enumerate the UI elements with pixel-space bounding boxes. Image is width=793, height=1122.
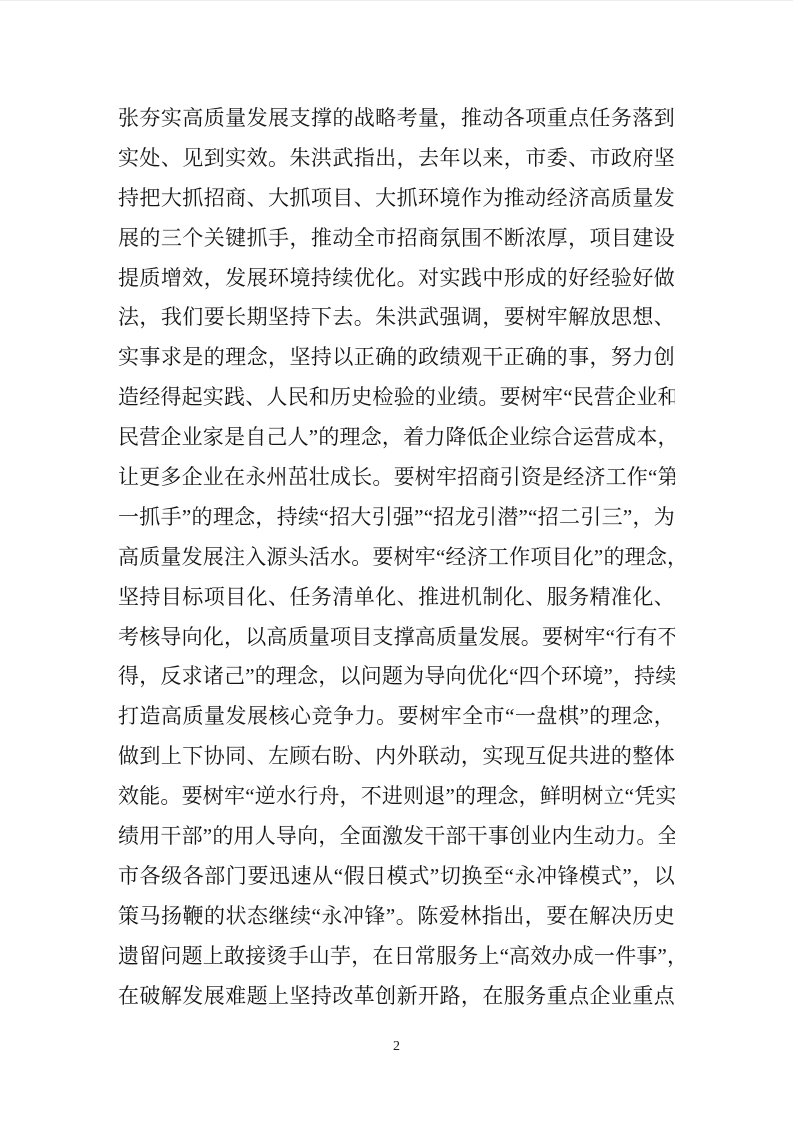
document-page: 张夯实高质量发展支撑的战略考量，推动各项重点任务落到 实处、见到实效。朱洪武指出…	[0, 1, 793, 1122]
page-number: 2	[393, 1039, 400, 1054]
text-line: 绩用干部”的用人导向，全面激发干部干事创业内生动力。全	[118, 817, 675, 857]
text-line: 高质量发展注入源头活水。要树牢“经济工作项目化”的理念，	[118, 538, 675, 578]
text-line: 得，反求诸己”的理念，以问题为导向优化“四个环境”，持续	[118, 657, 675, 697]
text-line: 一抓手”的理念，持续“招大引强”“招龙引潜”“招二引三”，为	[118, 498, 675, 538]
text-line: 张夯实高质量发展支撑的战略考量，推动各项重点任务落到	[118, 99, 675, 139]
text-line: 考核导向化，以高质量项目支撑高质量发展。要树牢“行有不	[118, 618, 675, 658]
text-line: 持把大抓招商、大抓项目、大抓环境作为推动经济高质量发	[118, 179, 675, 219]
text-line: 市各级各部门要迅速从“假日模式”切换至“永冲锋模式”，以	[118, 857, 675, 897]
text-line: 民营企业家是自己人”的理念，着力降低企业综合运营成本，	[118, 418, 675, 458]
text-line: 遗留问题上敢接烫手山芋，在日常服务上“高效办成一件事”，	[118, 937, 675, 977]
text-line: 展的三个关键抓手，推动全市招商氛围不断浓厚，项目建设	[118, 219, 675, 259]
text-line: 实处、见到实效。朱洪武指出，去年以来，市委、市政府坚	[118, 139, 675, 179]
text-line: 效能。要树牢“逆水行舟，不进则退”的理念，鲜明树立“凭实	[118, 777, 675, 817]
body-text-block: 张夯实高质量发展支撑的战略考量，推动各项重点任务落到 实处、见到实效。朱洪武指出…	[118, 99, 675, 1016]
text-line: 法，我们要长期坚持下去。朱洪武强调，要树牢解放思想、	[118, 298, 675, 338]
text-line: 策马扬鞭的状态继续“永冲锋”。陈爱林指出，要在解决历史	[118, 897, 675, 937]
page-footer: 2	[0, 1037, 793, 1055]
text-line: 做到上下协同、左顾右盼、内外联动，实现互促共进的整体	[118, 737, 675, 777]
text-line: 造经得起实践、人民和历史检验的业绩。要树牢“民营企业和	[118, 378, 675, 418]
text-line: 打造高质量发展核心竞争力。要树牢全市“一盘棋”的理念，	[118, 697, 675, 737]
text-line: 坚持目标项目化、任务清单化、推进机制化、服务精准化、	[118, 578, 675, 618]
text-line: 让更多企业在永州茁壮成长。要树牢招商引资是经济工作“第	[118, 458, 675, 498]
text-line: 在破解发展难题上坚持改革创新开路，在服务重点企业重点	[118, 977, 675, 1017]
text-line: 实事求是的理念，坚持以正确的政绩观干正确的事，努力创	[118, 338, 675, 378]
text-line: 提质增效，发展环境持续优化。对实践中形成的好经验好做	[118, 259, 675, 299]
